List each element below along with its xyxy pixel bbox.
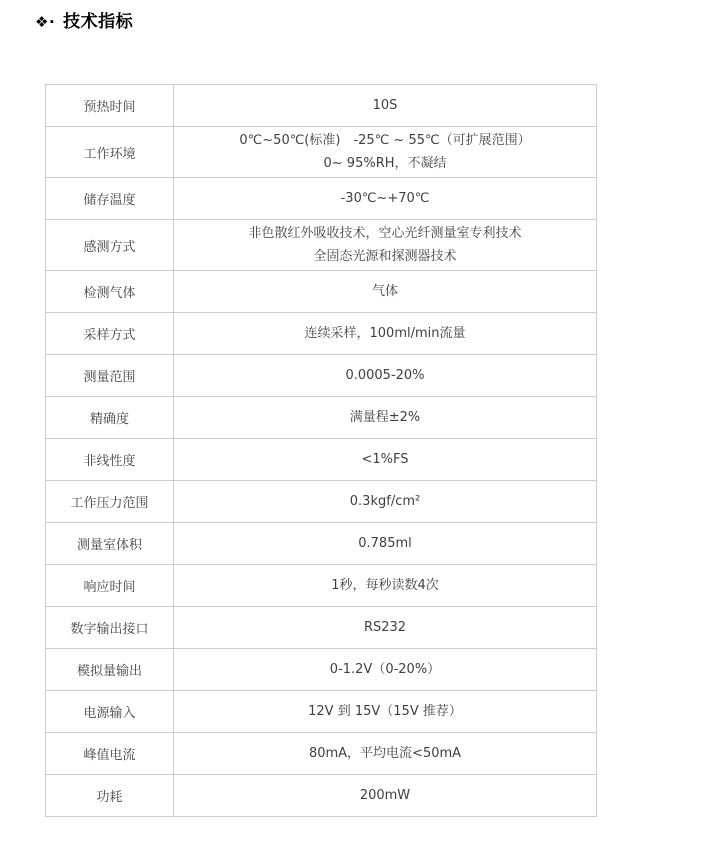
spec-value: 1秒，每秒读数4次 [174, 565, 597, 607]
spec-label: 采样方式 [46, 313, 174, 355]
table-row: 功耗 200mW [46, 775, 597, 817]
page: ❖·技术指标 预热时间 10S 工作环境 0℃~50℃(标准) -25℃ ~ 5… [0, 0, 725, 842]
spec-label: 工作压力范围 [46, 481, 174, 523]
spec-label: 测量室体积 [46, 523, 174, 565]
spec-value: 非色散红外吸收技术，空心光纤测量室专利技术 全固态光源和探测器技术 [174, 220, 597, 271]
table-row: 采样方式 连续采样，100ml/min流量 [46, 313, 597, 355]
table-row: 预热时间 10S [46, 85, 597, 127]
spec-value: -30℃~+70℃ [174, 178, 597, 220]
spec-label: 电源输入 [46, 691, 174, 733]
spec-label: 数字输出接口 [46, 607, 174, 649]
table-row: 非线性度 <1%FS [46, 439, 597, 481]
spec-label: 预热时间 [46, 85, 174, 127]
table-row: 测量范围 0.0005-20% [46, 355, 597, 397]
spec-label: 非线性度 [46, 439, 174, 481]
spec-label: 功耗 [46, 775, 174, 817]
spec-label: 储存温度 [46, 178, 174, 220]
spec-label: 精确度 [46, 397, 174, 439]
spec-label: 感测方式 [46, 220, 174, 271]
spec-label: 模拟量输出 [46, 649, 174, 691]
spec-value: 满量程±2% [174, 397, 597, 439]
spec-value: <1%FS [174, 439, 597, 481]
section-title: ❖·技术指标 [35, 10, 133, 34]
table-row: 储存温度 -30℃~+70℃ [46, 178, 597, 220]
spec-value: 200mW [174, 775, 597, 817]
table-row: 电源输入 12V 到 15V（15V 推荐） [46, 691, 597, 733]
spec-value: 气体 [174, 271, 597, 313]
table-row: 数字输出接口 RS232 [46, 607, 597, 649]
spec-table: 预热时间 10S 工作环境 0℃~50℃(标准) -25℃ ~ 55℃（可扩展范… [45, 84, 597, 817]
spec-value: RS232 [174, 607, 597, 649]
table-row: 响应时间 1秒，每秒读数4次 [46, 565, 597, 607]
spec-value: 0℃~50℃(标准) -25℃ ~ 55℃（可扩展范围） 0~ 95%RH，不凝… [174, 127, 597, 178]
spec-value: 0.0005-20% [174, 355, 597, 397]
table-row: 感测方式 非色散红外吸收技术，空心光纤测量室专利技术 全固态光源和探测器技术 [46, 220, 597, 271]
spec-label: 测量范围 [46, 355, 174, 397]
spec-label: 峰值电流 [46, 733, 174, 775]
table-row: 检测气体 气体 [46, 271, 597, 313]
table-row: 精确度 满量程±2% [46, 397, 597, 439]
table-row: 工作环境 0℃~50℃(标准) -25℃ ~ 55℃（可扩展范围） 0~ 95%… [46, 127, 597, 178]
table-row: 峰值电流 80mA，平均电流<50mA [46, 733, 597, 775]
table-row: 测量室体积 0.785ml [46, 523, 597, 565]
spec-value: 0.785ml [174, 523, 597, 565]
spec-value: 0.3kgf/cm² [174, 481, 597, 523]
spec-value: 12V 到 15V（15V 推荐） [174, 691, 597, 733]
spec-value: 10S [174, 85, 597, 127]
spec-label: 检测气体 [46, 271, 174, 313]
spec-label: 工作环境 [46, 127, 174, 178]
table-row: 模拟量输出 0-1.2V（0-20%） [46, 649, 597, 691]
spec-value: 0-1.2V（0-20%） [174, 649, 597, 691]
spec-value: 连续采样，100ml/min流量 [174, 313, 597, 355]
spec-value: 80mA，平均电流<50mA [174, 733, 597, 775]
spec-label: 响应时间 [46, 565, 174, 607]
section-title-text: 技术指标 [63, 12, 133, 32]
diamond-bullet-icon: ❖· [35, 13, 55, 31]
table-row: 工作压力范围 0.3kgf/cm² [46, 481, 597, 523]
